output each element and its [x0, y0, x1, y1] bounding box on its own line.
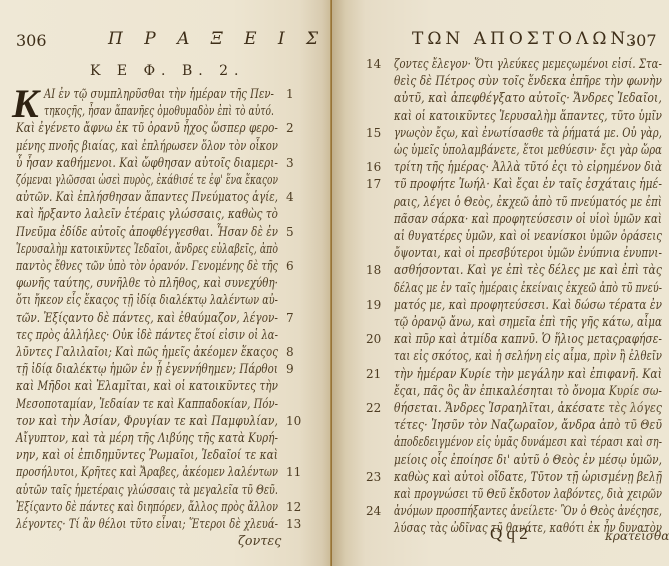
text-line: προσήλυτοι, Κρῆτες καὶ Ἄραβες, ἀκέομεν λ…: [16, 464, 278, 479]
text-line: τὴν ἡμέραν Κυρίε τὴν μεγάλην καὶ ἐπιφανῆ…: [394, 366, 662, 381]
verse-number: 16: [366, 160, 381, 174]
signature-mark: Q q 2: [490, 524, 528, 544]
verse-number: 4: [286, 190, 294, 204]
chapter-heading: Κ Ε Φ. Β. 2.: [90, 63, 245, 79]
text-line: ὄψονται, καὶ οἱ πρεσβύτεροι ὑμῶν ἐνύπνια…: [394, 245, 662, 260]
text-line: ματός με, καὶ προφητεύσεσι. Καὶ δώσω τέρ…: [394, 297, 662, 312]
text-line: ασθήσονται. Καὶ γε ἐπὶ τὲς δέλες με καὶ …: [394, 262, 662, 277]
text-line: Πνεῦμα ἐδίδε αὐτοῖς ἀποφθέγγεσθαι. Ἦσαν …: [16, 224, 278, 239]
text-line: ὖ ἦσαν καθήμενοι. Καὶ ὤφθησαν αὐτοῖς δια…: [16, 155, 278, 170]
text-line: ἀνόμων προσπήξαντες ἀνείλετε· Ὃν ὁ Θεὸς …: [394, 503, 662, 518]
verse-number: 1: [286, 87, 294, 101]
text-line: αὐτῶν. Καὶ ἐπλήσθησαν ἅπαντες Πνεύματος …: [16, 189, 278, 204]
verse-number: 20: [366, 332, 381, 346]
text-line: πᾶσαν σάρκα· καὶ προφητεύσεσιν οἱ υἱοὶ ὑ…: [394, 211, 662, 226]
text-line: μείοις οἷς ἐποίησε δι' αὐτῦ ὁ Θεὸς ἐν μέ…: [394, 452, 662, 467]
text-line: τον καὶ τὴν Ἀσίαν, Φρυγίαν τε καὶ Παμφυλ…: [16, 413, 278, 428]
text-line: αὐτῦ, καὶ ἀπεφθέγξατο αὐτοῖς· Ἄνδρες Ἰεδ…: [394, 90, 662, 105]
text-line: νην, καὶ οἱ ἐπιδημῦντες Ῥωμαῖοι, Ἰεδαῖοί…: [16, 447, 278, 462]
text-line: γνωςὸν ἔςω, καὶ ἐνωτίσασθε τὰ ῥήματά με.…: [394, 125, 662, 140]
verse-number: 9: [286, 362, 294, 376]
text-line: ἔςαι, πᾶς ὃς ἂν ἐπικαλέσηται τὸ ὄνομα Κυ…: [394, 383, 662, 398]
right-running-head: ΤΩΝ ΑΠΟΣΤΟΛΩΝ.: [412, 29, 639, 49]
verse-number: 18: [366, 263, 381, 277]
text-line: λῦντες Γαλιλαῖοι; Καὶ πῶς ἡμεῖς ἀκέομεν …: [16, 344, 278, 359]
text-line: αἱ θυγατέρες ὑμῶν, καὶ οἱ νεανίσκοι ὑμῶν…: [394, 228, 662, 243]
text-line: τες πρὸς ἀλλήλες· Οὐκ ἰδὲ πάντες ἕτοί εἰ…: [16, 327, 278, 342]
text-line: μένης πνοῆς βιαίας, καὶ ἐπλήρωσεν ὅλον τ…: [16, 138, 278, 153]
text-line: αὐτῶν ταῖς ἡμετέραις γλώσσαις τὰ μεγαλεῖ…: [16, 482, 278, 497]
left-page: 306 Π Ρ Α Ξ Ε Ι Σ Κ Ε Φ. Β. 2. K ΑΙ ἐν τ…: [0, 0, 332, 566]
text-line: καὶ οἱ κατοικῦντες Ἱερυσαλὴμ ἅπαντες, τῦ…: [394, 108, 662, 123]
drop-cap-initial: K: [12, 84, 39, 124]
text-line: Καὶ ἐγένετο ἄφνω ἐκ τῦ ὀρανῦ ἦχος ὥσπερ …: [16, 120, 278, 135]
verse-number: 15: [366, 126, 381, 140]
text-line: φωνῆς ταύτης, συνῆλθε τὸ πλῆθος, καὶ συν…: [16, 275, 278, 290]
verse-number: 10: [286, 414, 301, 428]
left-running-head: Π Ρ Α Ξ Ε Ι Σ: [108, 29, 326, 49]
text-line: καὶ ἤρξαντο λαλεῖν ἑτέραις γλώσσαις, καθ…: [16, 206, 278, 221]
verse-number: 3: [286, 156, 294, 170]
text-line: καθὼς καὶ αὐτοὶ οἴδατε, Τῦτον τῇ ὡρισμέν…: [394, 469, 662, 484]
verse-number: 5: [286, 225, 294, 239]
text-line: ζοντες: [238, 533, 281, 548]
text-line: τρίτη τῆς ἡμέρας· Ἀλλὰ τῦτό ἐςι τὸ εἰρημ…: [394, 159, 662, 174]
text-line: τῶν. Ἐξίςαντο δὲ πάντες, καὶ ἐθαύμαζον, …: [16, 310, 278, 325]
right-page-number: 307: [626, 31, 657, 50]
text-line: τῇ ἰδίᾳ διαλέκτῳ ἡμῶν ἐν ᾗ ἐγεννήθημεν; …: [16, 361, 278, 376]
text-line: ζοντες ἔλεγον· Ὅτι γλεύκες μεμεςωμένοι ε…: [394, 56, 662, 71]
verse-number: 14: [366, 57, 381, 71]
text-line: θήσεται. Ἄνδρες Ἰσραηλῖται, ἀκέσατε τὲς …: [394, 400, 662, 415]
verse-number: 24: [366, 504, 381, 518]
text-line: ἀποδεδειγμένον εἰς ὑμᾶς δυνάμεσι καὶ τέρ…: [394, 434, 662, 449]
text-line: Μεσοποταμίαν, Ἰεδαίαν τε καὶ Καππαδοκίαν…: [16, 396, 278, 411]
text-line: τέτες· Ἰησῦν τὸν Ναζωραῖον, ἄνδρα ἀπὸ τῦ…: [394, 417, 662, 432]
right-page: ΤΩΝ ΑΠΟΣΤΟΛΩΝ. 307 ζοντες ἔλεγον· Ὅτι γλ…: [332, 0, 669, 566]
text-line: Αἴγυπτον, καὶ τὰ μέρη τῆς Λιβύης τῆς κατ…: [16, 430, 278, 445]
text-line: καὶ προγνώσει τῦ Θεῦ ἔκδοτον λαβόντες, δ…: [394, 486, 662, 501]
verse-number: 11: [286, 465, 301, 479]
text-line: παντὸς ἔθνες τῶν ὑπὸ τὸν ὀρανόν. Γενομέν…: [16, 258, 278, 273]
catchword: κρατεῖσθαι: [605, 529, 669, 543]
text-line: ὡς ὑμεῖς ὑπολαμβάνετε, ἕτοι μεθύεσιν· ἔς…: [394, 142, 662, 157]
verse-number: 8: [286, 345, 294, 359]
text-line: δέλας με ἐν ταῖς ἡμέραις ἐκείναις ἐκχεῶ …: [394, 280, 662, 295]
verse-number: 22: [366, 401, 381, 415]
verse-number: 6: [286, 259, 294, 273]
text-line: ζόμεναι γλῶσσαι ὡσεὶ πυρὸς, ἐκάθισέ τε ἐ…: [16, 172, 278, 187]
verse-number: 13: [286, 517, 301, 531]
text-line: θεὶς δὲ Πέτρος σὺν τοῖς ἕνδεκα ἐπῆρε τὴν…: [394, 73, 662, 88]
text-line: καὶ Μῆδοι καὶ Ἐλαμῖται, καὶ οἱ κατοικῦντ…: [16, 378, 278, 393]
text-line: καὶ πῦρ καὶ ἀτμίδα καπνῦ. Ὁ ἥλιος μεταςρ…: [394, 331, 662, 346]
verse-number: 2: [286, 121, 294, 135]
verse-number: 19: [366, 298, 381, 312]
verse-number: 7: [286, 311, 294, 325]
text-line: Ἱερυσαλὴμ κατοικῦντες Ἰεδαῖοι, ἄνδρες εὐ…: [16, 241, 278, 256]
text-line: Ἐξίςαντο δὲ πάντες καὶ διηπόρεν, ἄλλος π…: [16, 499, 278, 514]
text-line: τῦ προφήτε Ἰωήλ· Καὶ ἔςαι ἐν ταῖς ἐσχάτα…: [394, 176, 662, 191]
text-line: τῷ ὀρανῷ ἄνω, καὶ σημεῖα ἐπὶ τῆς γῆς κάτ…: [394, 314, 662, 329]
text-line: ται εἰς σκότος, καὶ ἡ σελήνη εἰς αἷμα, π…: [394, 348, 662, 363]
text-line: ραις, λέγει ὁ Θεὸς, ἐκχεῶ ἀπὸ τῦ πνεύματ…: [394, 194, 662, 209]
text-line: λέγοντες· Τί ἂν θέλοι τῦτο εἶναι; Ἕτεροι…: [16, 516, 278, 531]
text-line: τηκοςῆς, ἦσαν ἅπανῆες ὁμοθυμαδὸν ἐπὶ τὸ …: [44, 103, 274, 118]
left-page-number: 306: [16, 31, 47, 50]
verse-number: 21: [366, 367, 381, 381]
text-line: ὅτι ἤκεον εἷς ἕκαςος τῇ ἰδίᾳ διαλέκτῳ λα…: [16, 292, 278, 307]
verse-number: 17: [366, 177, 381, 191]
verse-number: 12: [286, 500, 301, 514]
text-line: ΑΙ ἐν τῷ συμπληρῦσθαι τὴν ἡμέραν τῆς Πεν…: [44, 86, 274, 101]
book-spread: 306 Π Ρ Α Ξ Ε Ι Σ Κ Ε Φ. Β. 2. K ΑΙ ἐν τ…: [0, 0, 669, 566]
verse-number: 23: [366, 470, 381, 484]
